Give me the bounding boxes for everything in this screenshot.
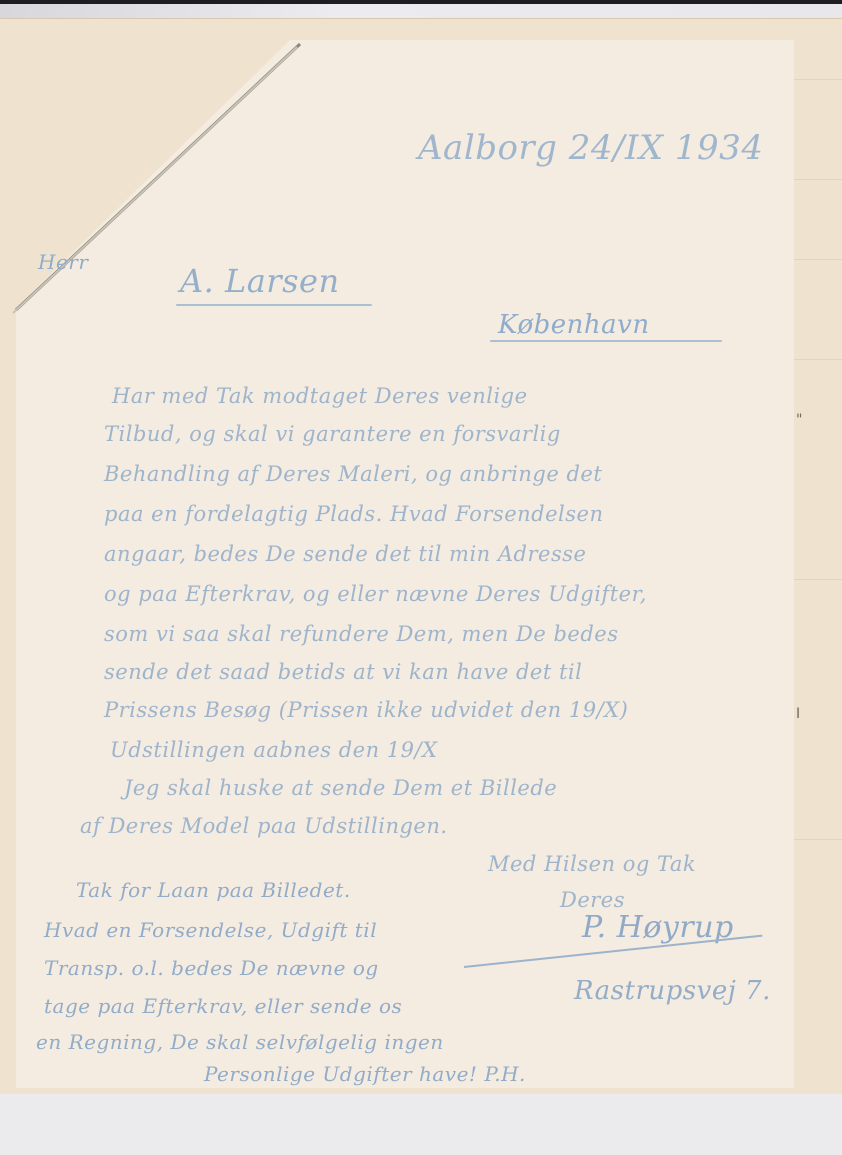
margin-mark: " xyxy=(796,412,802,428)
ruled-line xyxy=(790,359,842,360)
postscript-line: Transp. o.l. bedes De nævne og xyxy=(44,956,379,980)
ruled-line xyxy=(790,79,842,80)
addressee-city: København xyxy=(498,310,650,340)
name-underline xyxy=(176,304,372,306)
postscript-line: Tak for Laan paa Billedet. xyxy=(76,878,351,902)
body-line: og paa Efterkrav, og eller nævne Deres U… xyxy=(104,582,647,606)
closing-yours: Deres xyxy=(560,888,625,912)
margin-mark: I xyxy=(796,706,800,722)
ruled-line xyxy=(790,179,842,180)
salutation: Herr xyxy=(38,250,88,274)
postscript-line: Hvad en Forsendelse, Udgift til xyxy=(44,918,377,942)
sender-address: Rastrupsvej 7. xyxy=(574,976,771,1006)
body-line: Prissens Besøg (Prissen ikke udvidet den… xyxy=(104,698,628,722)
closing-greeting: Med Hilsen og Tak xyxy=(488,852,696,876)
body-line: paa en fordelagtig Plads. Hvad Forsendel… xyxy=(104,502,603,526)
ruled-line xyxy=(790,259,842,260)
addressee-name: A. Larsen xyxy=(180,262,340,300)
ruled-line xyxy=(790,579,842,580)
body-line: Behandling af Deres Maleri, og anbringe … xyxy=(104,462,602,486)
postscript-line: Personlige Udgifter have! P.H. xyxy=(204,1062,526,1086)
postscript-line: tage paa Efterkrav, eller sende os xyxy=(44,994,402,1018)
body-line: Har med Tak modtaget Deres venlige xyxy=(112,384,528,408)
body-line: Udstillingen aabnes den 19/X xyxy=(110,738,438,762)
place-date: Aalborg 24/IX 1934 xyxy=(418,128,763,168)
body-line: sende det saad betids at vi kan have det… xyxy=(104,660,582,684)
postscript-line: en Regning, De skal selvfølgelig ingen xyxy=(36,1030,444,1054)
scanner-bottom-area xyxy=(0,1094,842,1155)
body-line: som vi saa skal refundere Dem, men De be… xyxy=(104,622,619,646)
body-line: af Deres Model paa Udstillingen. xyxy=(80,814,448,838)
body-line: Jeg skal huske at sende Dem et Billede xyxy=(124,776,557,800)
body-line: angaar, bedes De sende det til min Adres… xyxy=(104,542,586,566)
body-line: Tilbud, og skal vi garantere en forsvarl… xyxy=(104,422,561,446)
city-underline xyxy=(490,340,722,342)
ruled-line xyxy=(790,839,842,840)
